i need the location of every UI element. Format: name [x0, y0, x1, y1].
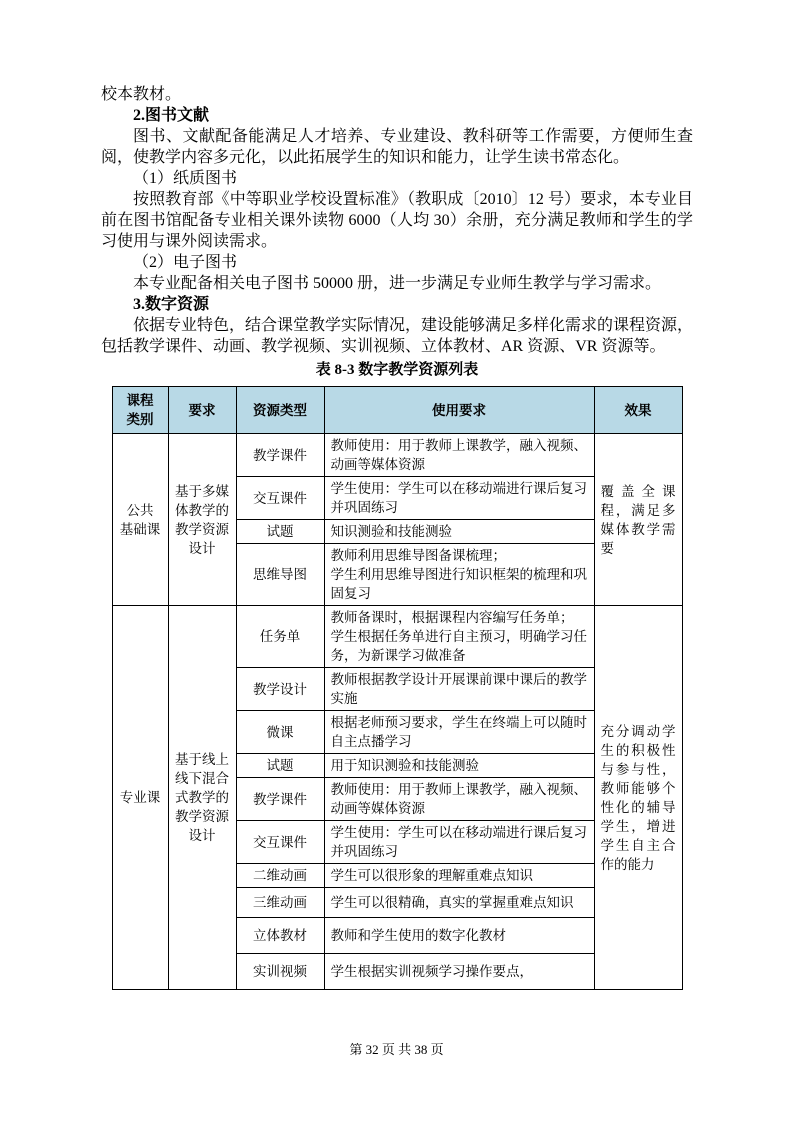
table-row: 专业课 基于线上线下混合式教学的教学资源设计 任务单 教师备课时，根据课程内容编… — [112, 606, 682, 668]
type-cell: 思维导图 — [236, 544, 324, 606]
type-cell: 二维动画 — [236, 864, 324, 888]
usage-cell: 教师利用思维导图备课梳理； 学生利用思维导图进行知识框架的梳理和巩固复习 — [324, 544, 594, 606]
page-number: 第 32 页 共 38 页 — [0, 1042, 793, 1058]
usage-cell: 学生使用：学生可以在移动端进行课后复习并巩固练习 — [324, 821, 594, 864]
usage-cell: 学生可以很精确，真实的掌握重难点知识 — [324, 888, 594, 918]
paragraph: 本专业配备相关电子图书 50000 册，进一步满足专业师生教学与学习需求。 — [101, 273, 693, 294]
type-cell: 立体教材 — [236, 918, 324, 954]
usage-cell: 学生根据实训视频学习操作要点， — [324, 954, 594, 990]
column-header: 课程 类别 — [112, 387, 168, 434]
column-header: 资源类型 — [236, 387, 324, 434]
type-cell: 交互课件 — [236, 821, 324, 864]
paragraph: 图书、文献配备能满足人才培养、专业建设、教科研等工作需要，方便师生查阅，使教学内… — [101, 126, 693, 168]
requirement-cell: 基于多媒体教学的教学资源设计 — [168, 434, 236, 606]
table-row: 公共 基础课 基于多媒体教学的教学资源设计 教学课件 教师使用：用于教师上课教学… — [112, 434, 682, 477]
paragraph: 依据专业特色，结合课堂教学实际情况，建设能够满足多样化需求的课程资源，包括教学课… — [101, 315, 693, 357]
sub-heading: （1）纸质图书 — [101, 168, 693, 189]
type-cell: 教学课件 — [236, 434, 324, 477]
usage-cell: 教师和学生使用的数字化教材 — [324, 918, 594, 954]
table-caption: 表 8-3 数字教学资源列表 — [101, 360, 693, 381]
table-header-row: 课程 类别 要求 资源类型 使用要求 效果 — [112, 387, 682, 434]
usage-cell: 用于知识测验和技能测验 — [324, 754, 594, 778]
type-cell: 实训视频 — [236, 954, 324, 990]
usage-cell: 学生使用：学生可以在移动端进行课后复习并巩固练习 — [324, 477, 594, 520]
requirement-cell: 基于线上线下混合式教学的教学资源设计 — [168, 606, 236, 990]
category-cell: 专业课 — [112, 606, 168, 990]
type-cell: 教学课件 — [236, 778, 324, 821]
resource-table: 课程 类别 要求 资源类型 使用要求 效果 公共 基础课 基于多媒体教学的教学资… — [112, 386, 683, 990]
paragraph: 校本教材。 — [101, 84, 693, 105]
section-heading: 3.数字资源 — [101, 294, 693, 315]
sub-heading: （2）电子图书 — [101, 252, 693, 273]
usage-cell: 教师使用：用于教师上课教学，融入视频、动画等媒体资源 — [324, 434, 594, 477]
effect-cell: 充分调动学生的积极性与参与性，教师能够个性化的辅导学生，增进学生自主合作的能力 — [594, 606, 682, 990]
usage-cell: 教师根据教学设计开展课前课中课后的教学实施 — [324, 668, 594, 711]
column-header: 效果 — [594, 387, 682, 434]
type-cell: 任务单 — [236, 606, 324, 668]
category-cell: 公共 基础课 — [112, 434, 168, 606]
column-header: 使用要求 — [324, 387, 594, 434]
usage-cell: 教师备课时，根据课程内容编写任务单； 学生根据任务单进行自主预习，明确学习任务，… — [324, 606, 594, 668]
type-cell: 试题 — [236, 520, 324, 544]
column-header: 要求 — [168, 387, 236, 434]
document-page: 校本教材。 2.图书文献 图书、文献配备能满足人才培养、专业建设、教科研等工作需… — [0, 0, 793, 1122]
type-cell: 三维动画 — [236, 888, 324, 918]
effect-cell: 覆盖全课程，满足多媒体教学需要 — [594, 434, 682, 606]
page-content: 校本教材。 2.图书文献 图书、文献配备能满足人才培养、专业建设、教科研等工作需… — [101, 84, 693, 990]
type-cell: 试题 — [236, 754, 324, 778]
usage-cell: 学生可以很形象的理解重难点知识 — [324, 864, 594, 888]
type-cell: 微课 — [236, 711, 324, 754]
paragraph: 按照教育部《中等职业学校设置标准》（教职成〔2010〕12 号）要求，本专业目前… — [101, 189, 693, 252]
type-cell: 教学设计 — [236, 668, 324, 711]
usage-cell: 知识测验和技能测验 — [324, 520, 594, 544]
type-cell: 交互课件 — [236, 477, 324, 520]
usage-cell: 根据老师预习要求，学生在终端上可以随时自主点播学习 — [324, 711, 594, 754]
usage-cell: 教师使用：用于教师上课教学，融入视频、动画等媒体资源 — [324, 778, 594, 821]
section-heading: 2.图书文献 — [101, 105, 693, 126]
